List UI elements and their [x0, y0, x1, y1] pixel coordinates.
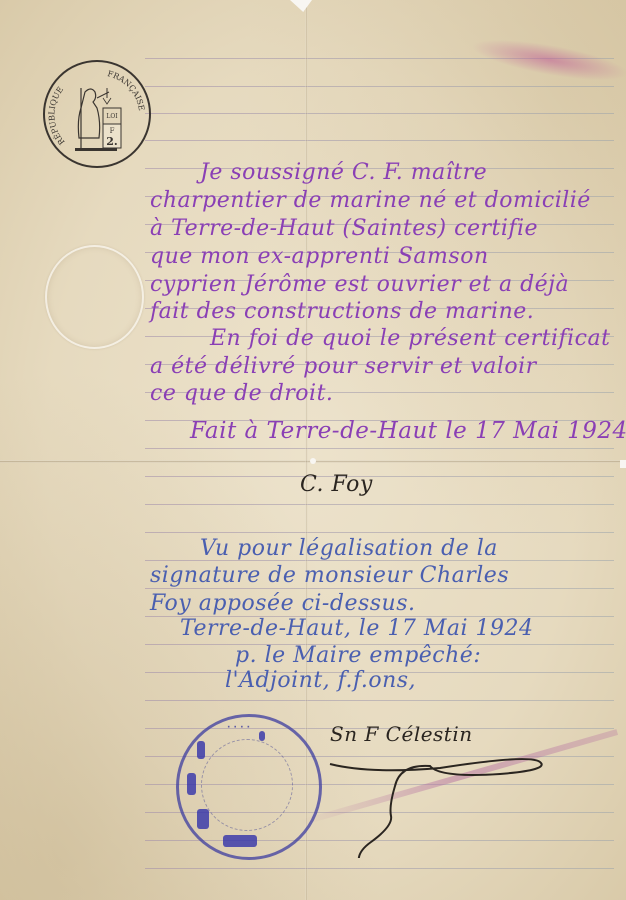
svg-text:F: F [110, 127, 115, 135]
certificate-line: Je soussigné C. F. maître [200, 160, 487, 185]
embossed-dry-seal [45, 245, 144, 349]
signature-celestin: Sn F Célestin [330, 722, 473, 746]
certificate-line: fait des constructions de marine. [150, 299, 534, 324]
marianne-justice-icon: RÉPUBLIQUE FRANÇAISE LOI F 2. [45, 62, 149, 166]
fold-hole [310, 458, 316, 464]
paper-tear [290, 0, 312, 12]
legalization-line: l'Adjoint, f.f.ons, [225, 668, 416, 693]
legalization-line: Terre-de-Haut, le 17 Mai 1924 [180, 616, 534, 641]
certificate-line: En foi de quoi le présent certificat [210, 326, 610, 351]
legalization-line: signature de monsieur Charles [150, 563, 509, 588]
svg-text:RÉPUBLIQUE: RÉPUBLIQUE [47, 85, 66, 147]
svg-text:LOI: LOI [106, 113, 118, 120]
signature-flourish-icon [320, 748, 560, 858]
certificate-line: que mon ex-apprenti Samson [150, 244, 489, 269]
certificate-line: ce que de droit. [150, 381, 333, 406]
signature-c-foy: C. Foy [300, 472, 373, 497]
certificate-line: à Terre-de-Haut (Saintes) certifie [150, 216, 538, 241]
certificate-line: charpentier de marine né et domicilié [150, 188, 591, 213]
place-and-date: Fait à Terre-de-Haut le 17 Mai 1924 [190, 418, 626, 444]
legalization-line: Foy apposée ci-dessus. [150, 591, 416, 616]
stamp-legend: · · · · [227, 723, 250, 733]
fiscal-stamp: RÉPUBLIQUE FRANÇAISE LOI F 2. [43, 60, 151, 168]
pink-ink-stain [469, 31, 626, 88]
mairie-official-stamp: · · · · [176, 714, 322, 860]
certificate-line: a été délivré pour servir et valoir [150, 354, 537, 379]
certificate-document: RÉPUBLIQUE FRANÇAISE LOI F 2. Je soussig… [0, 0, 626, 900]
svg-text:2.: 2. [106, 135, 117, 148]
legalization-line: p. le Maire empêché: [235, 643, 481, 668]
svg-text:FRANÇAISE: FRANÇAISE [106, 69, 146, 111]
legalization-line: Vu pour légalisation de la [200, 536, 498, 561]
edge-notch [620, 460, 626, 468]
certificate-line: cyprien Jérôme est ouvrier et a déjà [150, 272, 569, 297]
